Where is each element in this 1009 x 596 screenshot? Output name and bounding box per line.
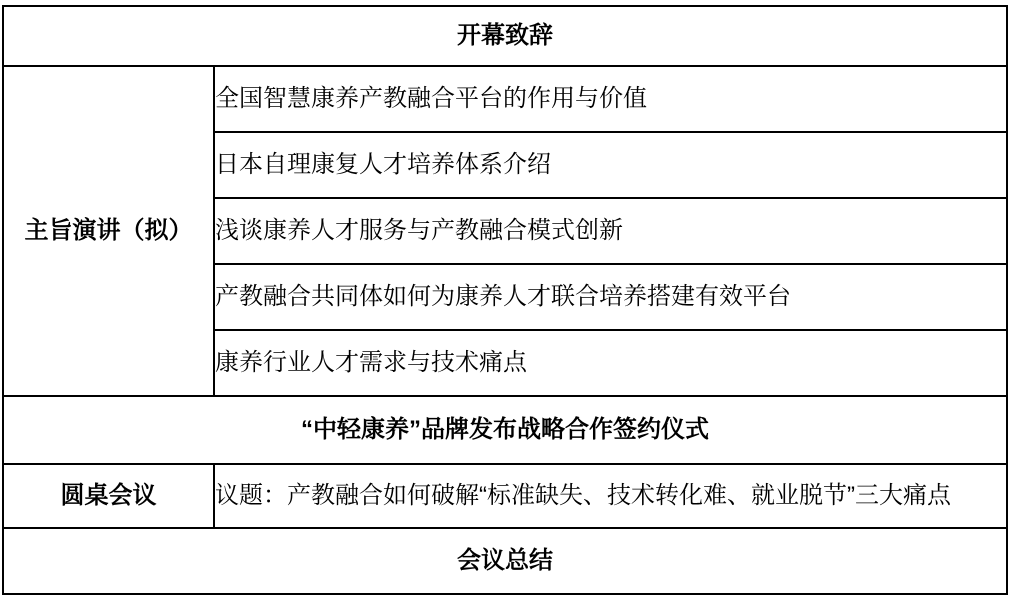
keynote-talk-title: 浅谈康养人才服务与产教融合模式创新	[214, 198, 1007, 264]
conference-agenda-table: 开幕致辞 主旨演讲（拟） 全国智慧康养产教融合平台的作用与价值 日本自理康复人才…	[2, 5, 1008, 595]
keynote-talk-title: 日本自理康复人才培养体系介绍	[214, 132, 1007, 198]
row-keynote-talk-1: 主旨演讲（拟） 全国智慧康养产教融合平台的作用与价值	[3, 66, 1007, 132]
row-roundtable: 圆桌会议 议题：产教融合如何破解“标准缺失、技术转化难、就业脱节”三大痛点	[3, 464, 1007, 528]
keynote-talk-title: 产教融合共同体如何为康养人才联合培养搭建有效平台	[214, 264, 1007, 330]
row-brand-signing-ceremony: “中轻康养”品牌发布战略合作签约仪式	[3, 396, 1007, 464]
keynote-talk-title: 全国智慧康养产教融合平台的作用与价值	[214, 66, 1007, 132]
keynote-talk-title: 康养行业人才需求与技术痛点	[214, 330, 1007, 396]
meeting-summary-title: 会议总结	[3, 528, 1007, 594]
roundtable-section-label: 圆桌会议	[3, 464, 214, 528]
row-meeting-summary: 会议总结	[3, 528, 1007, 594]
keynote-section-label: 主旨演讲（拟）	[3, 66, 214, 396]
roundtable-topic: 议题：产教融合如何破解“标准缺失、技术转化难、就业脱节”三大痛点	[214, 464, 1007, 528]
agenda-table-container: 开幕致辞 主旨演讲（拟） 全国智慧康养产教融合平台的作用与价值 日本自理康复人才…	[2, 5, 1008, 595]
brand-signing-ceremony-title: “中轻康养”品牌发布战略合作签约仪式	[3, 396, 1007, 464]
row-opening-remarks: 开幕致辞	[3, 6, 1007, 66]
opening-remarks-title: 开幕致辞	[3, 6, 1007, 66]
